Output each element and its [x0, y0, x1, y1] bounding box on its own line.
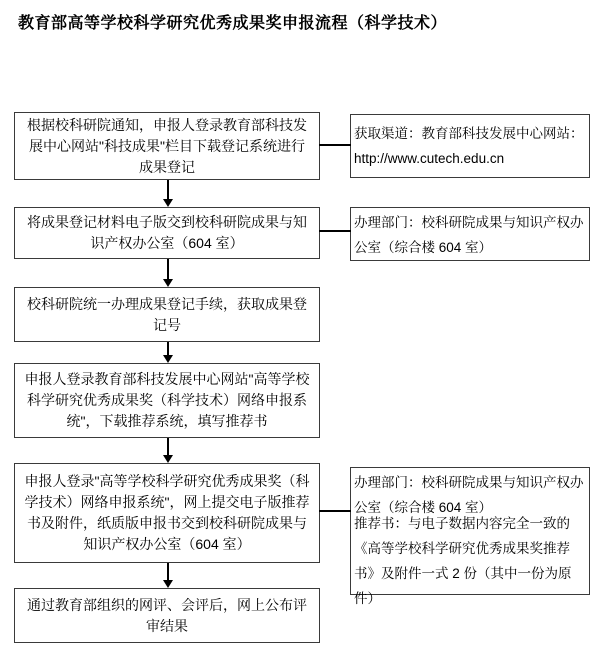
arrow-head [163, 580, 173, 588]
note-channel: 获取渠道：教育部科技发展中心网站： http://www.cutech.edu.… [350, 114, 590, 178]
arrow-line [167, 342, 169, 355]
connector-step5-note3 [319, 510, 351, 512]
note-channel-line-1: 获取渠道：教育部科技发展中心网站： [354, 121, 587, 146]
arrow-head [163, 455, 173, 463]
connector-step2-note2 [319, 230, 351, 232]
note-department-2: 办理部门：校科研院成果与知识产权办公室（综合楼 604 室） 推荐书：与电子数据… [350, 467, 590, 595]
arrow-line [167, 563, 169, 580]
flow-step-6: 通过教育部组织的网评、会评后，网上公布评审结果 [14, 588, 320, 643]
arrow-line [167, 438, 169, 455]
flow-step-5-text: 申报人登录"高等学校科学研究优秀成果奖（科学技术）网络申报系统"，网上提交电子版… [23, 471, 311, 555]
arrow-down-5-icon [162, 563, 173, 588]
flow-step-3-text: 校科研院统一办理成果登记手续，获取成果登记号 [23, 294, 311, 336]
flow-step-4-text: 申报人登录教育部科技发展中心网站"高等学校科学研究优秀成果奖（科学技术）网络申报… [23, 369, 311, 432]
arrow-down-3-icon [162, 342, 173, 363]
arrow-head [163, 279, 173, 287]
arrow-head [163, 355, 173, 363]
flow-step-6-text: 通过教育部组织的网评、会评后，网上公布评审结果 [23, 595, 311, 637]
flow-step-2-text: 将成果登记材料电子版交到校科研院成果与知识产权办公室（604 室） [23, 212, 311, 254]
note-recommendation-text: 推荐书：与电子数据内容完全一致的《高等学校科学研究优秀成果奖推荐书》及附件一式 … [354, 511, 587, 592]
arrow-line [167, 180, 169, 199]
note-department-1-text: 办理部门：校科研院成果与知识产权办公室（综合楼 604 室） [354, 210, 587, 258]
note-department-2-text: 办理部门：校科研院成果与知识产权办公室（综合楼 604 室） [354, 470, 587, 511]
flow-step-5: 申报人登录"高等学校科学研究优秀成果奖（科学技术）网络申报系统"，网上提交电子版… [14, 463, 320, 563]
flowchart-canvas: 教育部高等学校科学研究优秀成果奖申报流程（科学技术） 根据校科研院通知，申报人登… [0, 0, 606, 649]
arrow-down-4-icon [162, 438, 173, 463]
flow-step-1-text: 根据校科研院通知，申报人登录教育部科技发展中心网站"科技成果"栏目下载登记系统进… [23, 115, 311, 178]
note-department-1: 办理部门：校科研院成果与知识产权办公室（综合楼 604 室） [350, 207, 590, 261]
arrow-head [163, 199, 173, 207]
flow-step-1: 根据校科研院通知，申报人登录教育部科技发展中心网站"科技成果"栏目下载登记系统进… [14, 112, 320, 180]
arrow-down-1-icon [162, 180, 173, 207]
arrow-line [167, 259, 169, 279]
connector-step1-note1 [319, 144, 351, 146]
note-channel-url: http://www.cutech.edu.cn [354, 146, 587, 171]
flow-step-2: 将成果登记材料电子版交到校科研院成果与知识产权办公室（604 室） [14, 207, 320, 259]
flow-step-4: 申报人登录教育部科技发展中心网站"高等学校科学研究优秀成果奖（科学技术）网络申报… [14, 363, 320, 438]
flow-step-3: 校科研院统一办理成果登记手续，获取成果登记号 [14, 287, 320, 342]
arrow-down-2-icon [162, 259, 173, 287]
page-title: 教育部高等学校科学研究优秀成果奖申报流程（科学技术） [18, 10, 447, 33]
